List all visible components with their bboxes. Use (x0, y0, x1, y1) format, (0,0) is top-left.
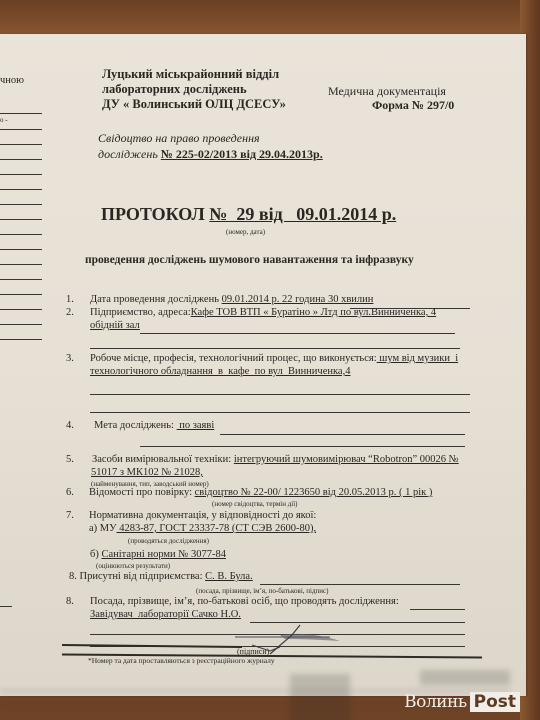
document-page: чною о - Луцький міськрайонний відділ ла… (0, 34, 526, 696)
item-8-present: 8. Присутні від підприємства: С. В. Була… (69, 571, 253, 582)
form-number: Форма № 297/0 (372, 98, 454, 113)
org-line-3: ДУ « Волинський ОЛЦ ДСЕСУ» (102, 97, 286, 112)
item-3-number: 3. (66, 353, 74, 364)
org-line-2: лабораторних досліджень (102, 82, 286, 97)
item-7b: б) Санітарні норми № 3077-84 (90, 549, 226, 560)
item-7a-prefix: а) МУ (89, 523, 117, 534)
item-4: Мета досліджень: по заяві (94, 420, 214, 431)
item-3-label: Робоче місце, професія, технологічний пр… (90, 353, 377, 364)
item-1-value: 09.01.2014 р. 22 година 30 хвилин (222, 294, 374, 305)
item-8-present-label: Присутні від підприємства: (80, 571, 203, 582)
watermark-logo: Волинь Post (404, 692, 520, 712)
item-7b-prefix: б) (90, 549, 99, 560)
item-2: Підприємство, адреса:Кафе ТОВ ВТП « Бура… (90, 307, 436, 318)
item-8-staff-value: Завідувач лабораторії Сачко Н.О. (90, 609, 241, 620)
item-5: Засоби вимірювальної техніки: інтегруючи… (92, 454, 459, 465)
watermark-part-2: Post (470, 692, 520, 712)
protocol-label: ПРОТОКОЛ (101, 204, 205, 224)
item-4-number: 4. (66, 420, 74, 431)
certificate-block: Свідоцтво на право проведення досліджень… (98, 130, 323, 162)
item-3-value: шум від музики і (377, 353, 458, 364)
watermark-part-1: Волинь (404, 692, 469, 712)
item-6: Відомості про повірку: свідоцтво № 22-00… (89, 487, 432, 498)
item-1: Дата проведення досліджень 09.01.2014 р.… (90, 294, 373, 305)
item-6-label: Відомості про повірку: (89, 487, 192, 498)
protocol-hint: (номер, дата) (226, 228, 265, 236)
protocol-title: ПРОТОКОЛ № 29 від 09.01.2014 р. (101, 204, 396, 225)
item-8-staff-number: 8. (66, 596, 74, 607)
item-2-value-line-2: обідній зал (90, 320, 140, 331)
item-2-value: Кафе ТОВ ВТП « Буратіно » Лтд по вул.Вин… (191, 307, 436, 318)
item-3: Робоче місце, професія, технологічний пр… (90, 353, 458, 364)
item-4-value: по заяві (177, 420, 215, 431)
item-5-value-line-2: 51017 з МК102 № 21028, (91, 467, 203, 478)
wood-table-top (0, 0, 540, 36)
item-5-number: 5. (66, 454, 74, 465)
item-7b-value: Санітарні норми № 3077-84 (101, 549, 225, 560)
certificate-number: № 225-02/2013 від 29.04.2013р. (161, 147, 323, 161)
item-1-label: Дата проведення досліджень (90, 294, 219, 305)
item-2-label: Підприємство, адреса: (90, 307, 191, 318)
org-line-1: Луцький міськрайонний відділ (102, 67, 286, 82)
item-7-number: 7. (66, 510, 74, 521)
item-8-staff-label: Посада, прізвище, ім’я, по-батькові осіб… (90, 596, 399, 607)
item-7a-hint: (проводяться дослідження) (128, 537, 209, 545)
item-8-present-value: С. В. Була. (205, 571, 253, 582)
certificate-line-1: Свідоцтво на право проведення (98, 130, 323, 146)
footnote: *Номер та дата проставляються з реєстрац… (88, 656, 275, 665)
item-4-label: Мета досліджень: (94, 420, 174, 431)
item-7a: а) МУ 4283-87, ГОСТ 23337-78 (СТ СЭВ 260… (89, 523, 316, 534)
item-1-number: 1. (66, 294, 74, 305)
protocol-number-date: № 29 від 09.01.2014 р. (209, 204, 396, 224)
item-7a-value: 4283-87, ГОСТ 23337-78 (СТ СЭВ 2600-80), (117, 523, 317, 534)
left-strip-fragment: чною (0, 75, 24, 86)
item-6-number: 6. (66, 487, 74, 498)
item-5-label: Засоби вимірювальної техніки: (92, 454, 231, 465)
item-6-hint: (номер свідоцтва, термін дії) (212, 500, 298, 508)
item-7b-hint: (оцінюються результати) (96, 562, 170, 570)
item-8-present-number: 8. (69, 571, 77, 582)
item-6-value: свідоцтво № 22-00/ 1223650 від 20.05.201… (195, 487, 433, 498)
left-strip-char: о - (0, 116, 8, 124)
item-2-number: 2. (66, 307, 74, 318)
org-block: Луцький міськрайонний відділ лабораторни… (102, 67, 286, 112)
item-3-value-line-2: технологічного обладнання в кафе по вул … (90, 366, 350, 377)
certificate-prefix: досліджень (98, 147, 158, 161)
protocol-subtitle: проведення досліджень шумового навантаже… (85, 254, 414, 266)
item-5-value: інтегруючий шумовимірювач “Robotron” 000… (234, 454, 459, 465)
med-doc-label: Медична документація (328, 84, 446, 99)
item-8-present-hint: (посада, прізвище, ім’я, по-батькові, пі… (196, 587, 328, 595)
item-7-label: Нормативна документація, у відповідності… (89, 510, 316, 521)
